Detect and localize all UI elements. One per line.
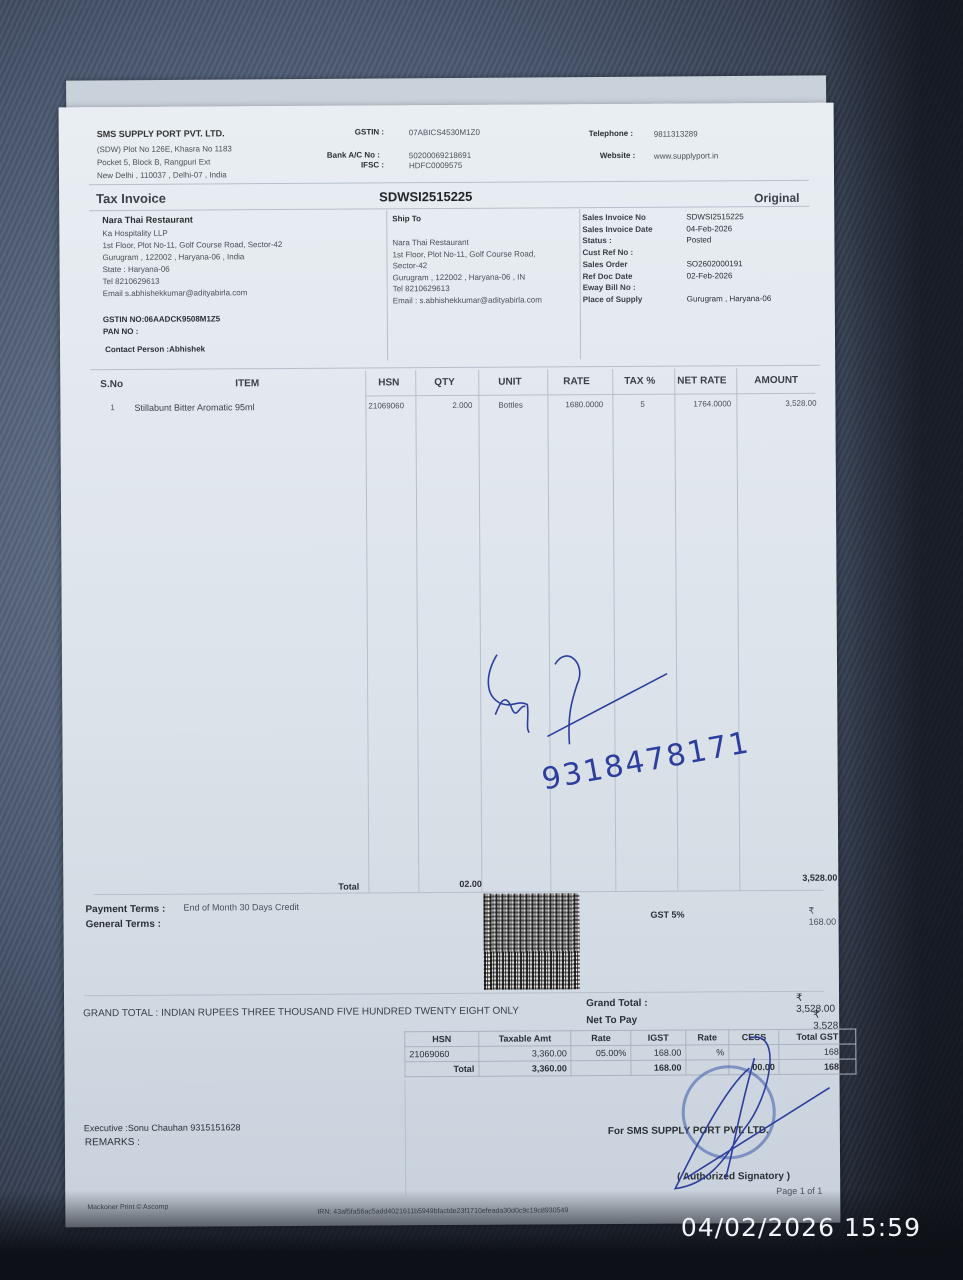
general-terms-label: General Terms : (86, 919, 161, 930)
th-rate: Rate (571, 1030, 631, 1045)
cell: Total (405, 1061, 479, 1076)
invoice-number: SDWSI2515225 (379, 189, 472, 205)
divider (93, 890, 823, 895)
cell: 3,360.00 (479, 1046, 572, 1062)
cell: 21069060 (405, 1046, 479, 1061)
ship-to-line: Nara Thai Restaurant (392, 236, 541, 248)
copy-type: Original (754, 191, 799, 205)
invoice-details: Sales Invoice NoSDWSI2515225 Sales Invoi… (582, 211, 771, 306)
divider (579, 209, 581, 359)
bill-to-name: Nara Thai Restaurant (102, 215, 193, 226)
bank-value: 50200069218691 (409, 151, 471, 160)
ship-to-address: Nara Thai Restaurant 1st Floor, Plot No-… (392, 236, 541, 306)
bill-to-gstin: GSTIN NO:06AADCK9508M1Z5 (103, 314, 220, 324)
authorized-signature (654, 1028, 835, 1199)
telephone-label: Telephone : (589, 129, 633, 138)
cell-sno: 1 (110, 403, 115, 412)
executive: Executive :Sonu Chauhan 9315151628 (84, 1122, 241, 1133)
net-to-pay-label: Net To Pay (586, 1015, 637, 1026)
col-item: ITEM (235, 378, 259, 389)
items-table-header: S.No ITEM HSN QTY UNIT RATE TAX % NET RA… (60, 375, 835, 394)
detail-key: Eway Bill No : (583, 282, 687, 294)
table-row: 1 Stillabunt Bitter Aromatic 95ml 210690… (60, 399, 835, 416)
ifsc-value: HDFC0009575 (409, 161, 462, 170)
divider (84, 991, 824, 997)
col-hsn: HSN (378, 377, 399, 388)
payment-terms-value: End of Month 30 Days Credit (183, 902, 299, 913)
qr-code (483, 893, 580, 990)
total-label: Total (338, 882, 359, 892)
cell-rate: 1680.0000 (565, 400, 603, 409)
contact-person: Contact Person :Abhishek (105, 344, 205, 354)
gstin-value: 07ABICS4530M1Z0 (409, 128, 480, 137)
col-amount: AMOUNT (754, 375, 798, 386)
cell-unit: Bottles (498, 401, 523, 410)
column-line (415, 370, 419, 892)
ship-to-line: Tel 8210629613 (393, 282, 542, 294)
cell-qty: 2.000 (452, 401, 472, 410)
cell-amount: 3,528.00 (785, 399, 816, 408)
invoice-title: Tax Invoice (96, 191, 166, 206)
address-line: (SDW) Plot No 126E, Khasra No 1183 (97, 142, 232, 156)
bill-to-line: Ka Hospitality LLP (102, 227, 282, 240)
gst-label: GST 5% (650, 910, 684, 920)
car-seat (823, 0, 963, 1280)
column-line (547, 369, 551, 891)
total-amount: 3,528.00 (802, 873, 837, 883)
detail-key: Sales Invoice No (582, 212, 686, 224)
divider (386, 210, 388, 360)
th-hsn: HSN (405, 1031, 479, 1046)
detail-row: Sales Invoice NoSDWSI2515225 (582, 211, 771, 224)
bill-to-address: Ka Hospitality LLP 1st Floor, Plot No-11… (102, 227, 282, 300)
handwritten-signature (477, 644, 688, 755)
column-line (478, 370, 482, 892)
detail-key: Sales Order (583, 258, 687, 270)
company-address: (SDW) Plot No 126E, Khasra No 1183 Pocke… (97, 142, 232, 182)
cell-net-rate: 1764.0000 (693, 399, 731, 408)
detail-key: Place of Supply (583, 293, 687, 305)
bill-to-line: State : Haryana-06 (103, 263, 283, 276)
detail-value: 04-Feb-2026 (686, 223, 732, 235)
bank-label: Bank A/C No : (327, 150, 380, 159)
company-name: SMS SUPPLY PORT PVT. LTD. (97, 128, 225, 139)
detail-value: SDWSI2515225 (686, 211, 743, 223)
column-line (612, 369, 616, 891)
cell: 05.00% (571, 1045, 631, 1060)
column-line (736, 368, 740, 890)
divider (90, 365, 820, 370)
bill-to-pan: PAN NO : (103, 327, 138, 336)
bill-to-line: Email s.abhishekkumar@adityabirla.com (103, 287, 283, 300)
gstin-label: GSTIN : (355, 127, 384, 136)
grand-total-words: GRAND TOTAL : INDIAN RUPEES THREE THOUSA… (83, 1006, 519, 1020)
col-sno: S.No (100, 379, 123, 390)
cell-tax: 5 (640, 400, 645, 409)
cell-hsn: 21069060 (368, 401, 404, 410)
detail-value: SO2602000191 (687, 258, 743, 270)
divider (89, 206, 809, 211)
ship-to-line: Sector-42 (393, 259, 542, 271)
payment-terms-label: Payment Terms : (85, 904, 165, 915)
detail-key: Cust Ref No : (582, 247, 686, 259)
column-line (365, 371, 369, 893)
detail-value: Posted (686, 235, 711, 247)
ship-to-line: Email : s.abhishekkumar@adityabirla.com (393, 294, 542, 306)
divider (365, 393, 815, 397)
th-taxable: Taxable Amt (479, 1031, 572, 1047)
address-line: New Delhi , 110037 , Delhi-07 , India (97, 168, 232, 182)
ship-to-line: Gurugram , 122002 , Haryana-06 , IN (393, 271, 542, 283)
total-qty: 02.00 (459, 879, 482, 889)
bill-to-line: 1st Floor, Plot No-11, Golf Course Road,… (102, 239, 282, 252)
divider (405, 1080, 407, 1195)
detail-row: Place of SupplyGurugram , Haryana-06 (583, 293, 772, 306)
cell-item: Stillabunt Bitter Aromatic 95ml (134, 402, 254, 413)
bill-to-line: Gurugram , 122002 , Haryana-06 , India (102, 251, 282, 264)
invoice-sheet: SMS SUPPLY PORT PVT. LTD. (SDW) Plot No … (59, 103, 841, 1228)
detail-key: Ref Doc Date (583, 270, 687, 282)
ship-to-line: 1st Floor, Plot No-11, Golf Course Road, (392, 248, 541, 260)
col-rate: RATE (563, 376, 590, 387)
col-unit: UNIT (498, 377, 521, 388)
bill-to-line: Tel 8210629613 (103, 275, 283, 288)
website-label: Website : (600, 151, 635, 160)
grand-total-label: Grand Total : (586, 998, 648, 1009)
column-line (674, 369, 678, 891)
address-line: Pocket 5, Block B, Rangpuri Ext (97, 155, 232, 169)
detail-value: Gurugram , Haryana-06 (687, 293, 772, 305)
col-tax: TAX % (624, 376, 655, 387)
col-qty: QTY (434, 377, 455, 388)
cell (571, 1060, 631, 1075)
photo-timestamp: 04/02/2026 15:59 (681, 1213, 921, 1242)
remarks-label: REMARKS : (85, 1137, 140, 1148)
ship-to-label: Ship To (392, 214, 421, 223)
telephone-value: 9811313289 (654, 129, 698, 138)
ifsc-label: IFSC : (361, 160, 384, 169)
gst-value: ₹ 168.00 (808, 906, 838, 927)
col-net-rate: NET RATE (677, 375, 726, 386)
detail-key: Status : (582, 235, 686, 247)
detail-key: Sales Invoice Date (582, 223, 686, 235)
website-value: www.supplyport.in (654, 151, 719, 160)
detail-value: 02-Feb-2026 (687, 270, 733, 282)
cell: 3,360.00 (479, 1061, 572, 1077)
